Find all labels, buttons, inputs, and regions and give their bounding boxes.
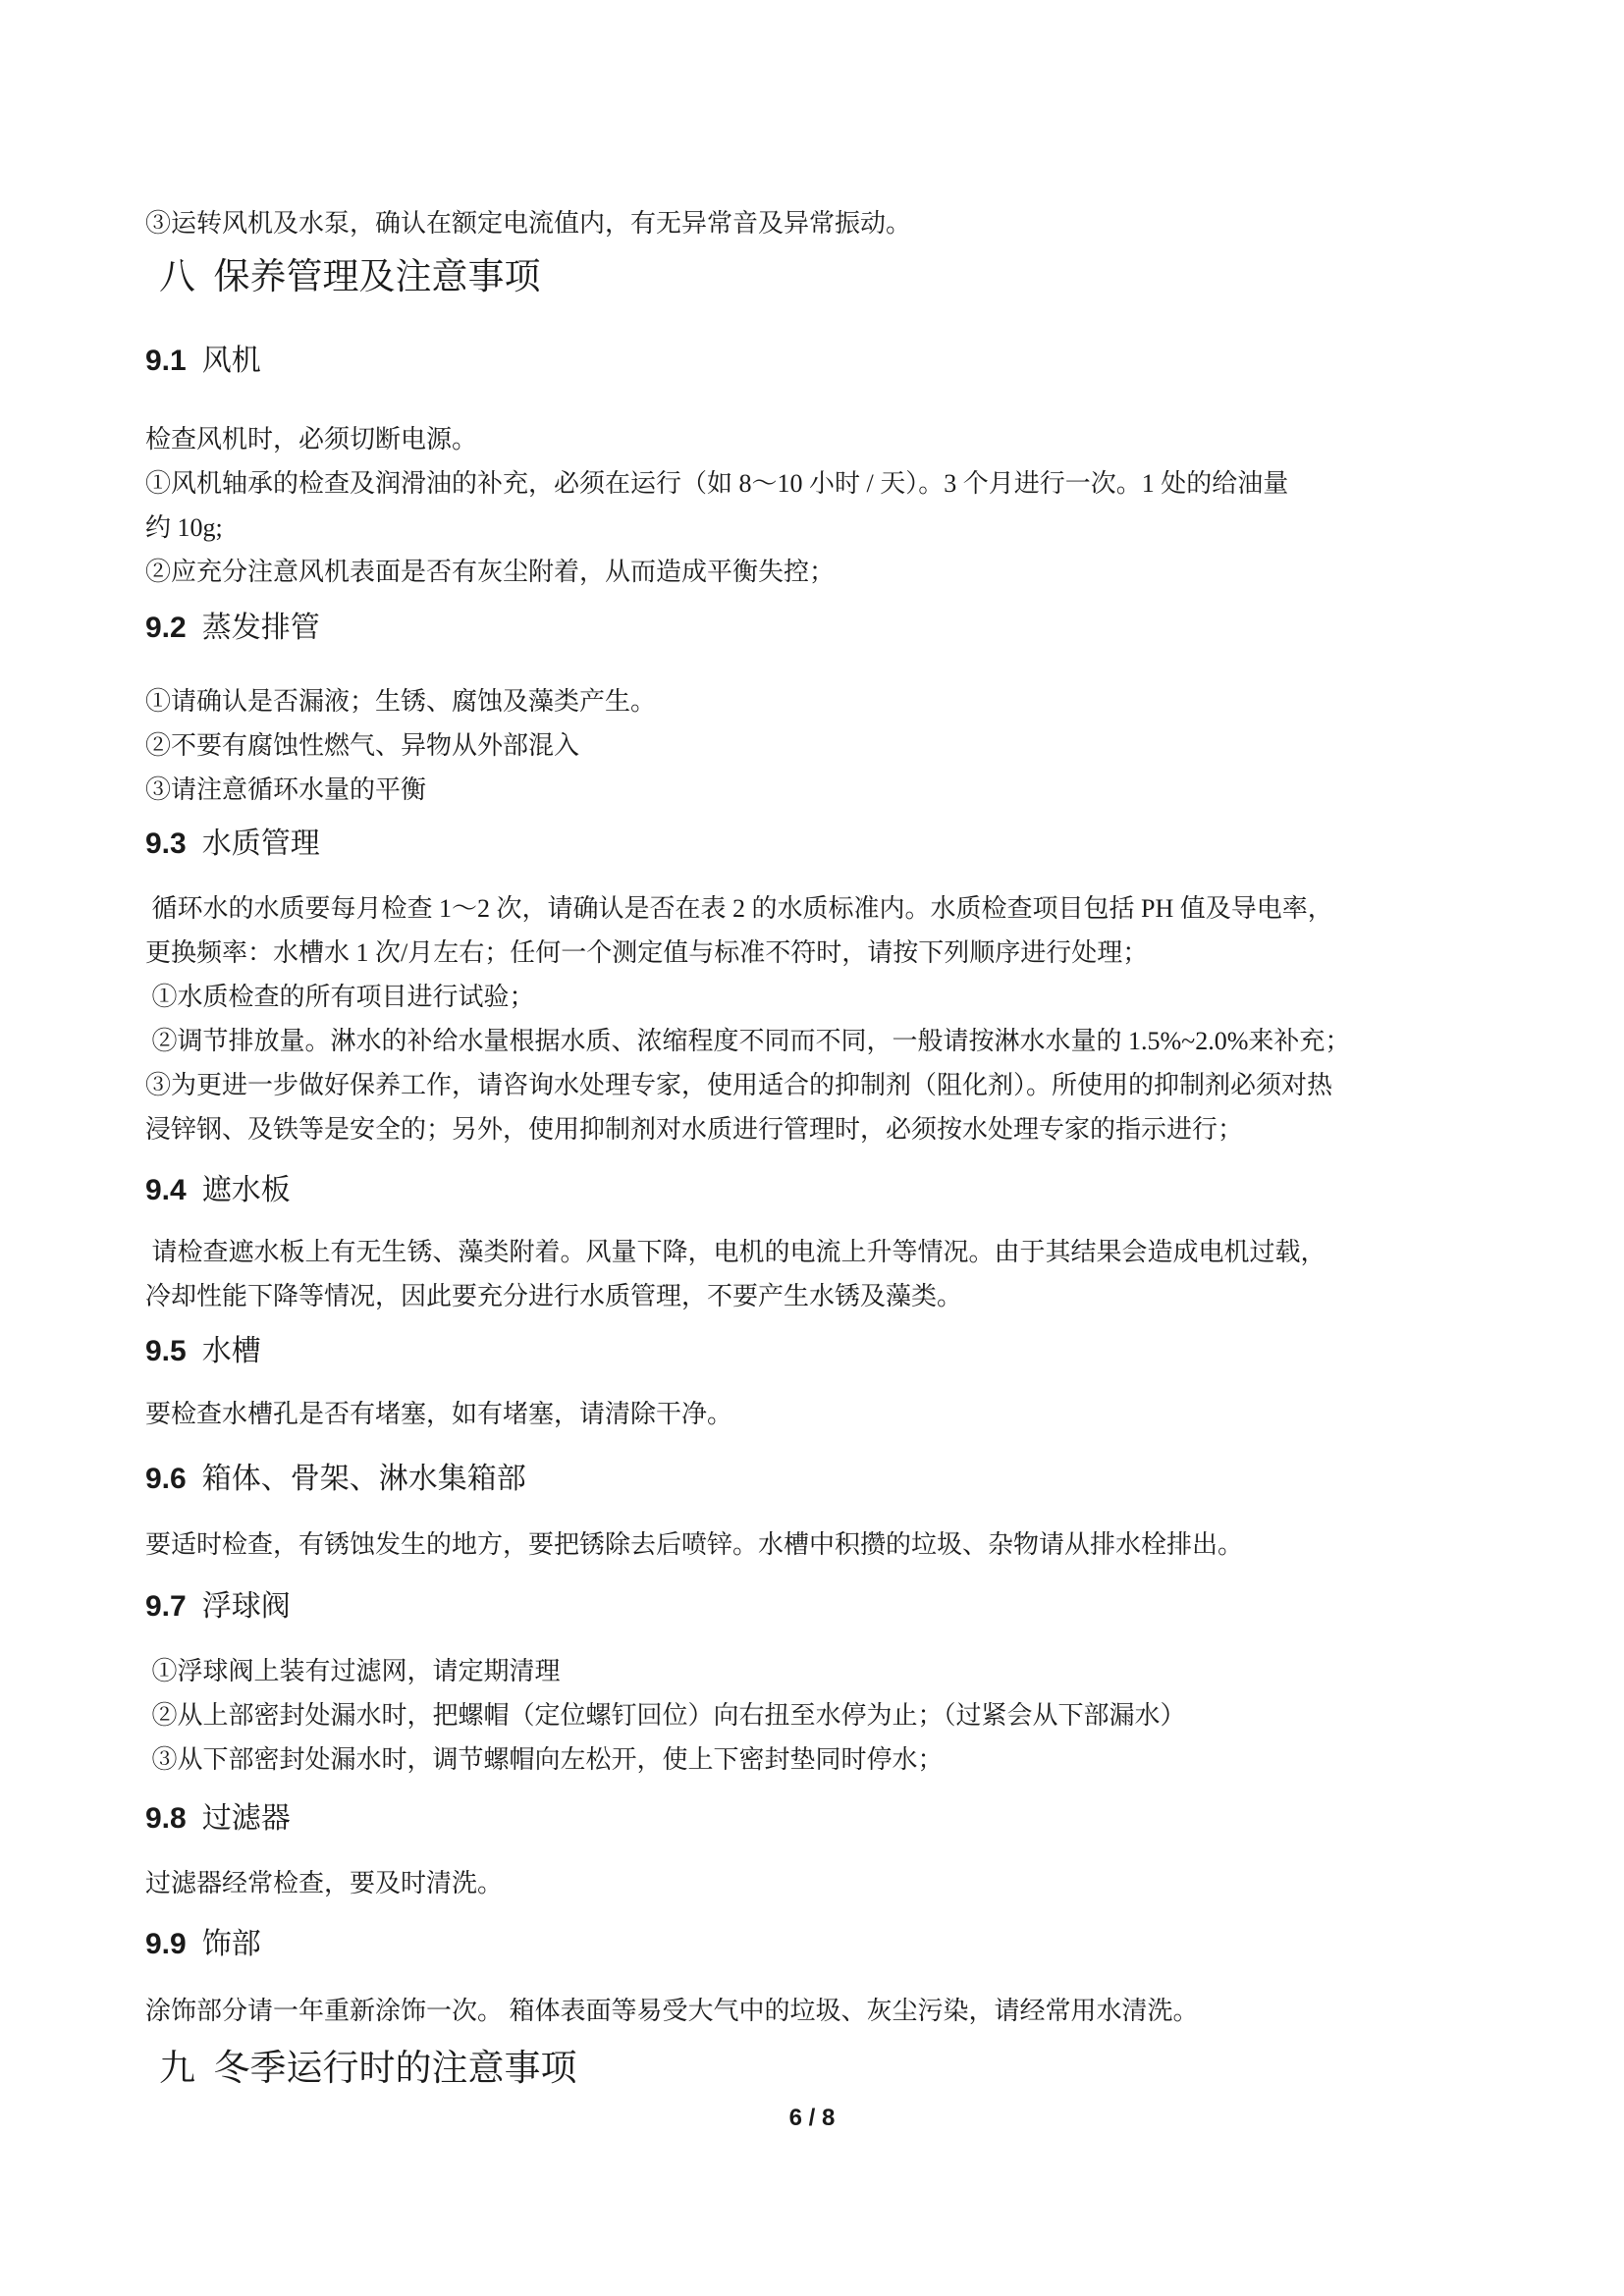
paragraph-line: 请检查遮水板上有无生锈、藻类附着。风量下降，电机的电流上升等情况。由于其结果会造… <box>145 1230 1559 1274</box>
paragraph-line: 冷却性能下降等情况，因此要充分进行水质管理，不要产生水锈及藻类。 <box>145 1274 1559 1318</box>
section-9-5-body: 要检查水槽孔是否有堵塞，如有堵塞，请清除干净。 <box>145 1392 1559 1436</box>
section-9-5-heading: 9.5水槽 <box>145 1332 1559 1371</box>
paragraph-line: 涂饰部分请一年重新涂饰一次。 箱体表面等易受大气中的垃圾、灰尘污染，请经常用水清… <box>145 1989 1559 2033</box>
section-number: 9.5 <box>145 1335 187 1367</box>
section-title: 箱体、骨架、淋水集箱部 <box>202 1463 526 1495</box>
paragraph-line: 检查风机时，必须切断电源。 <box>145 417 1559 461</box>
paragraph-line: ②调节排放量。淋水的补给水量根据水质、浓缩程度不同而不同，一般请按淋水水量的 1… <box>145 1019 1559 1063</box>
section-9-6-heading: 9.6箱体、骨架、淋水集箱部 <box>145 1460 1559 1499</box>
section-9-1-body: 检查风机时，必须切断电源。 ①风机轴承的检查及润滑油的补充，必须在运行（如 8～… <box>145 417 1559 594</box>
paragraph-line: ②应充分注意风机表面是否有灰尘附着，从而造成平衡失控； <box>145 550 1559 594</box>
section-9-8-body: 过滤器经常检查，要及时清洗。 <box>145 1861 1559 1905</box>
section-title: 过滤器 <box>202 1802 291 1835</box>
section-number: 9.2 <box>145 612 187 644</box>
chapter-9-heading: 九 冬季运行时的注意事项 <box>145 2045 1559 2094</box>
paragraph-line: ②不要有腐蚀性燃气、异物从外部混入 <box>145 723 1559 768</box>
paragraph-line: 浸锌钢、及铁等是安全的；另外，使用抑制剂对水质进行管理时，必须按水处理专家的指示… <box>145 1107 1559 1151</box>
intro-paragraph-line: ③运转风机及水泵，确认在额定电流值内，有无异常音及异常振动。 <box>145 201 1559 245</box>
section-9-1-heading: 9.1风机 <box>145 342 1559 381</box>
paragraph-line: ③从下部密封处漏水时，调节螺帽向左松开，使上下密封垫同时停水； <box>145 1737 1559 1782</box>
section-number: 9.3 <box>145 828 187 860</box>
section-title: 蒸发排管 <box>202 612 320 644</box>
paragraph-line: 循环水的水质要每月检查 1～2 次，请确认是否在表 2 的水质标准内。水质检查项… <box>145 886 1559 931</box>
section-number: 9.4 <box>145 1174 187 1206</box>
chapter-8-heading: 八 保养管理及注意事项 <box>145 253 1559 302</box>
section-number: 9.7 <box>145 1590 187 1623</box>
paragraph-line: 要检查水槽孔是否有堵塞，如有堵塞，请清除干净。 <box>145 1392 1559 1436</box>
paragraph-line: ①风机轴承的检查及润滑油的补充，必须在运行（如 8～10 小时 / 天）。3 个… <box>145 461 1559 506</box>
paragraph-line: ①水质检查的所有项目进行试验； <box>145 975 1559 1019</box>
section-9-7-heading: 9.7浮球阀 <box>145 1587 1559 1627</box>
page-number-footer: 6 / 8 <box>0 2104 1624 2133</box>
paragraph-line: 更换频率：水槽水 1 次/月左右；任何一个测定值与标准不符时，请按下列顺序进行处… <box>145 931 1559 975</box>
section-9-7-body: ①浮球阀上装有过滤网，请定期清理 ②从上部密封处漏水时，把螺帽（定位螺钉回位）向… <box>145 1649 1559 1782</box>
section-9-3-body: 循环水的水质要每月检查 1～2 次，请确认是否在表 2 的水质标准内。水质检查项… <box>145 886 1559 1151</box>
section-9-3-heading: 9.3水质管理 <box>145 825 1559 864</box>
section-title: 浮球阀 <box>202 1590 291 1623</box>
section-9-6-body: 要适时检查，有锈蚀发生的地方，要把锈除去后喷锌。水槽中积攒的垃圾、杂物请从排水栓… <box>145 1522 1559 1567</box>
section-9-2-heading: 9.2蒸发排管 <box>145 609 1559 648</box>
section-number: 9.1 <box>145 345 187 377</box>
section-9-2-body: ①请确认是否漏液；生锈、腐蚀及藻类产生。 ②不要有腐蚀性燃气、异物从外部混入 ③… <box>145 679 1559 812</box>
paragraph-line: 约 10g; <box>145 506 1559 550</box>
section-title: 风机 <box>202 345 261 377</box>
section-title: 饰部 <box>202 1928 261 1960</box>
section-title: 水槽 <box>202 1335 261 1367</box>
document-page: ③运转风机及水泵，确认在额定电流值内，有无异常音及异常振动。 八 保养管理及注意… <box>0 0 1624 2296</box>
paragraph-line: ②从上部密封处漏水时，把螺帽（定位螺钉回位）向右扭至水停为止；（过紧会从下部漏水… <box>145 1693 1559 1737</box>
section-number: 9.6 <box>145 1463 187 1495</box>
section-number: 9.9 <box>145 1928 187 1960</box>
paragraph-line: ①请确认是否漏液；生锈、腐蚀及藻类产生。 <box>145 679 1559 723</box>
paragraph-line: ③请注意循环水量的平衡 <box>145 768 1559 812</box>
section-9-9-heading: 9.9饰部 <box>145 1925 1559 1964</box>
document-content: ③运转风机及水泵，确认在额定电流值内，有无异常音及异常振动。 八 保养管理及注意… <box>145 0 1559 2094</box>
section-9-8-heading: 9.8过滤器 <box>145 1799 1559 1839</box>
paragraph-line: ①浮球阀上装有过滤网，请定期清理 <box>145 1649 1559 1693</box>
section-title: 水质管理 <box>202 828 320 860</box>
section-9-9-body: 涂饰部分请一年重新涂饰一次。 箱体表面等易受大气中的垃圾、灰尘污染，请经常用水清… <box>145 1989 1559 2033</box>
section-title: 遮水板 <box>202 1174 291 1206</box>
section-9-4-heading: 9.4遮水板 <box>145 1171 1559 1210</box>
paragraph-line: ③为更进一步做好保养工作，请咨询水处理专家，使用适合的抑制剂（阻化剂）。所使用的… <box>145 1063 1559 1107</box>
section-9-4-body: 请检查遮水板上有无生锈、藻类附着。风量下降，电机的电流上升等情况。由于其结果会造… <box>145 1230 1559 1318</box>
paragraph-line: 过滤器经常检查，要及时清洗。 <box>145 1861 1559 1905</box>
section-number: 9.8 <box>145 1802 187 1835</box>
paragraph-line: 要适时检查，有锈蚀发生的地方，要把锈除去后喷锌。水槽中积攒的垃圾、杂物请从排水栓… <box>145 1522 1559 1567</box>
